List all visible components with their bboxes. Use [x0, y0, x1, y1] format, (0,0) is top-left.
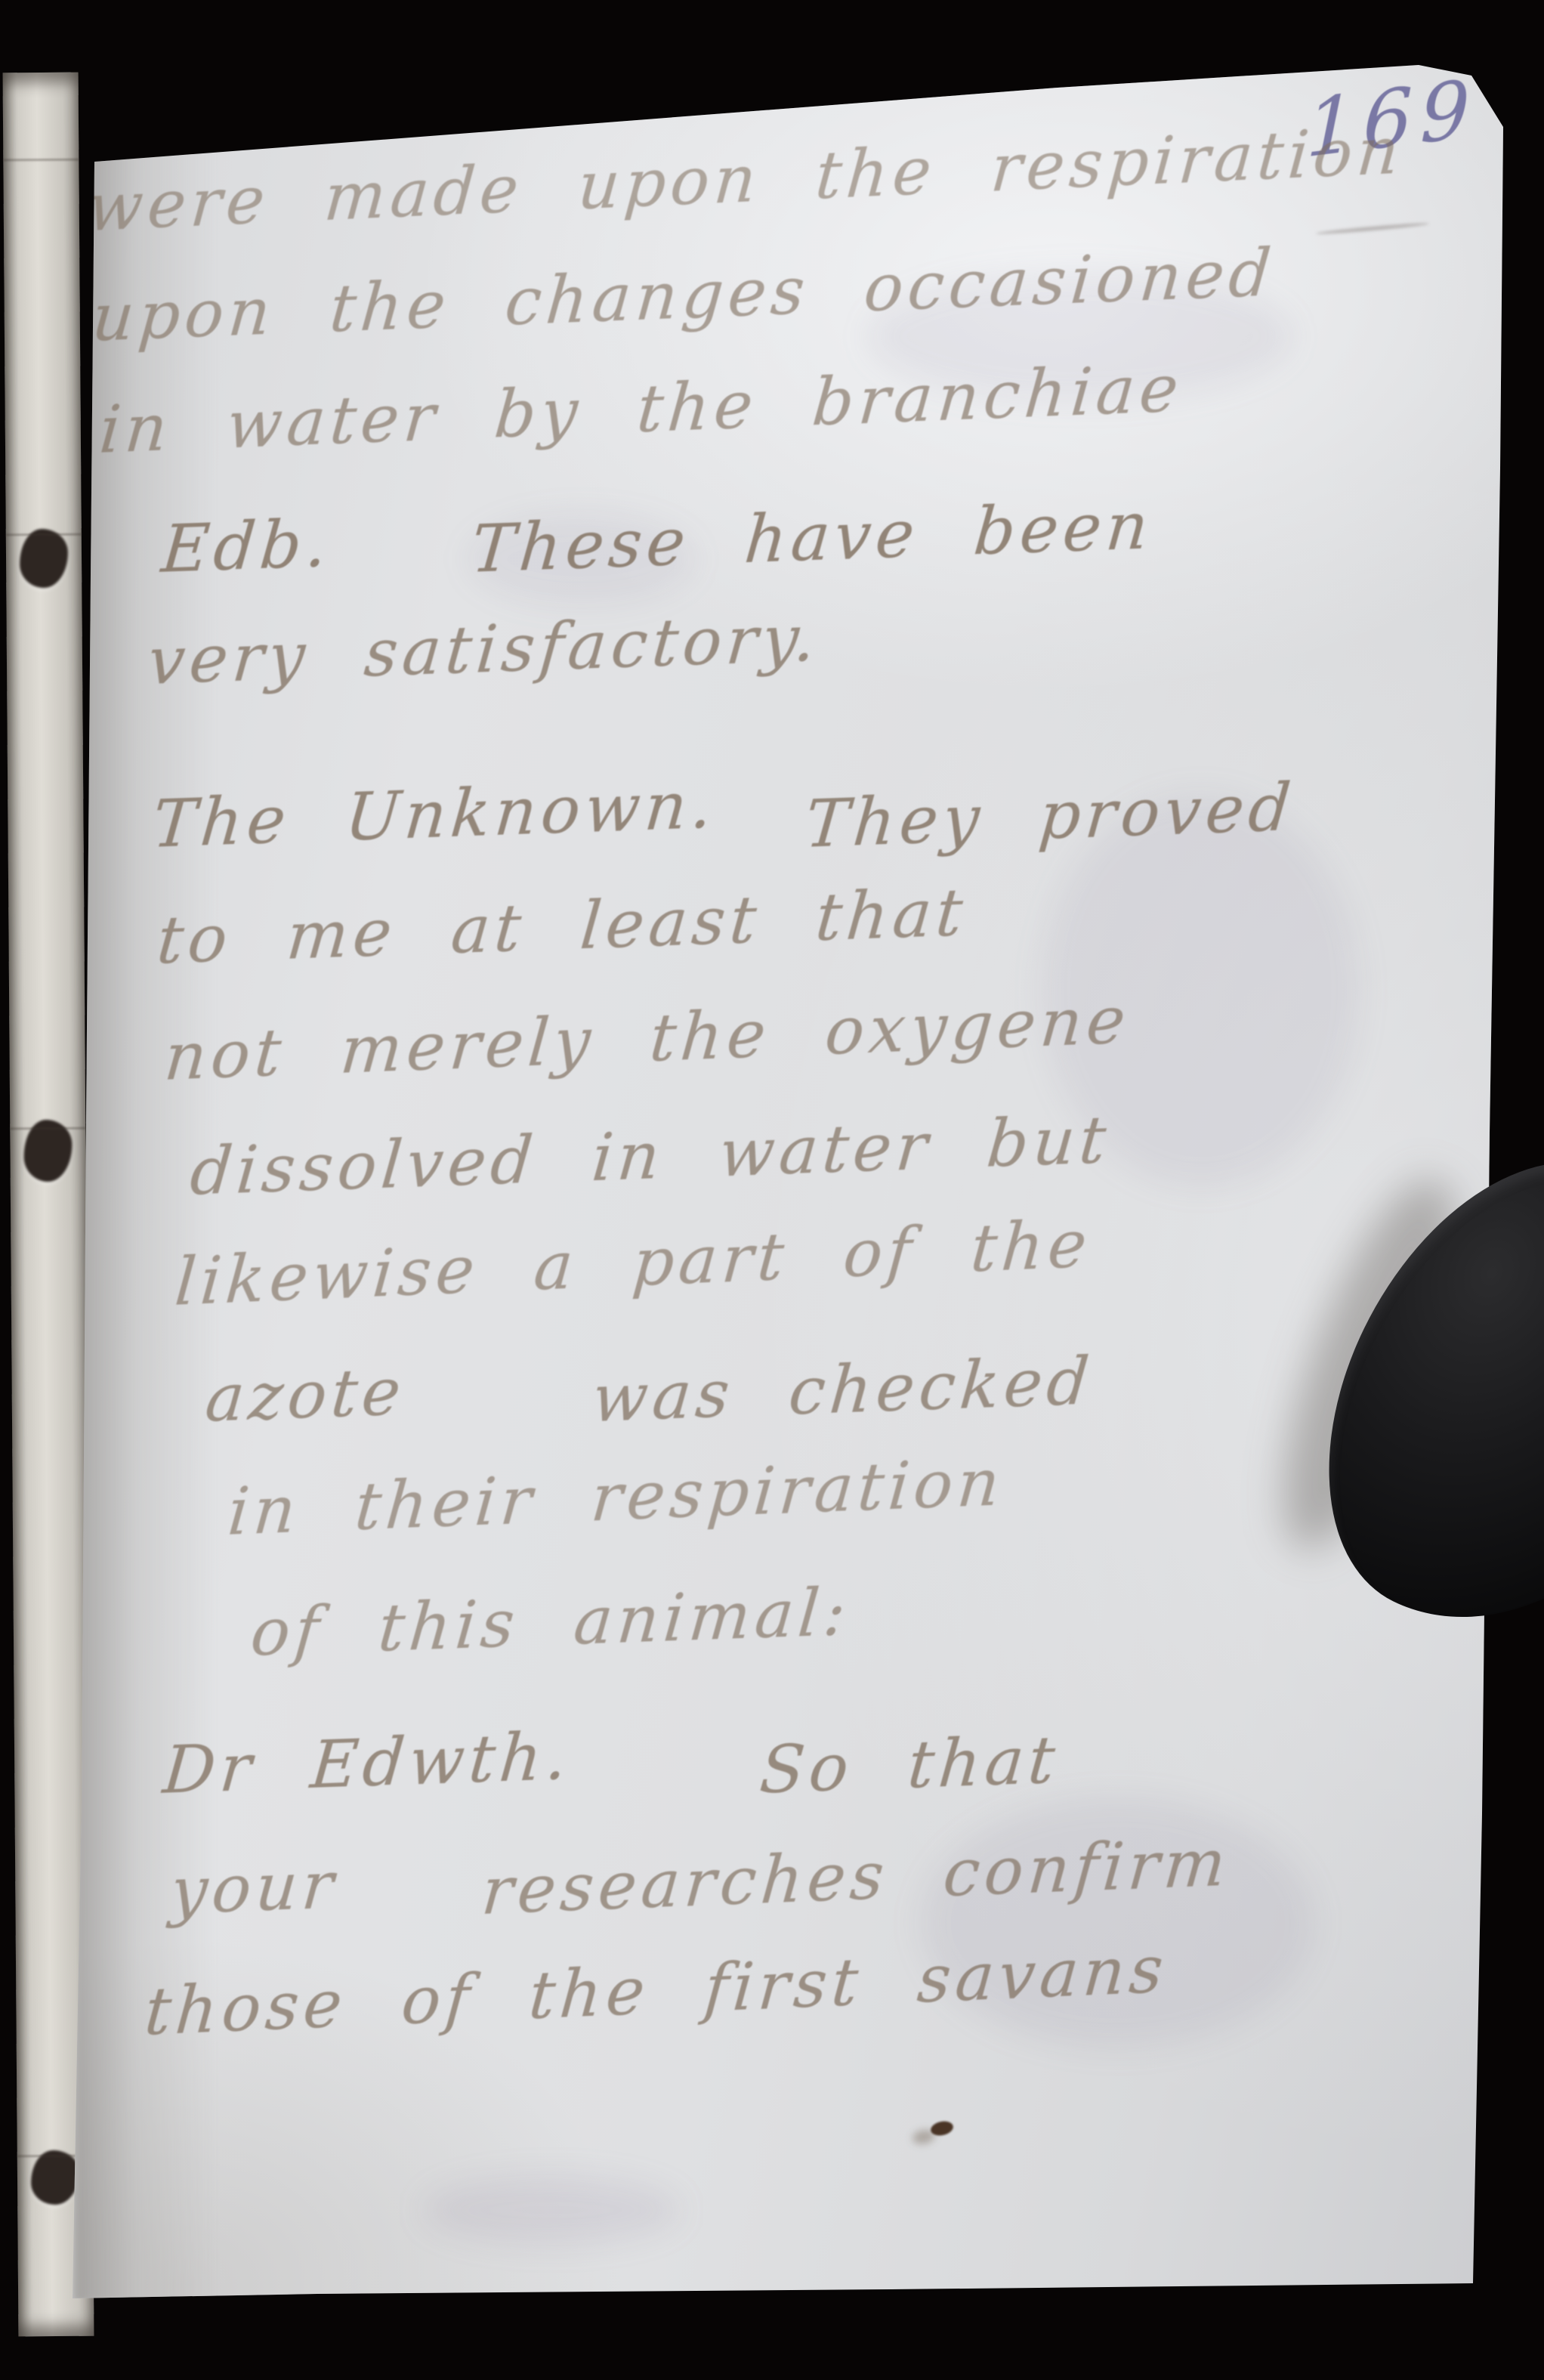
stitch-hole [20, 529, 69, 588]
handwriting-line: in water by the branchiae [97, 351, 1186, 468]
photograph-of-manuscript: 169 were made upon the respirationupon t… [0, 0, 1544, 2380]
spine-crease [3, 159, 79, 162]
handwriting-line: of this animal: [248, 1575, 854, 1671]
spine-crease [6, 533, 82, 536]
handwriting-line: These have been [468, 488, 1156, 588]
showthrough-smudge [423, 2176, 680, 2244]
handwriting-line: your [168, 1847, 341, 1930]
handwriting-line: not merely the oxygene [162, 983, 1133, 1096]
handwriting-line: The Unknown. [150, 768, 720, 863]
handwriting-line: likewise a part of the [172, 1207, 1094, 1321]
ink-blot [929, 2119, 954, 2137]
handwriting-line: in their respiration [225, 1445, 1007, 1550]
handwriting-line: were made upon the respiration [85, 113, 1407, 246]
handwriting-line: to me at least that [154, 875, 970, 979]
stitch-hole [31, 2150, 80, 2205]
handwriting-line: very satisfactory. [145, 601, 823, 700]
handwriting-line: Edb. [159, 506, 335, 588]
pencil-mark [1316, 221, 1429, 235]
handwriting-line: azote [202, 1354, 408, 1437]
handwriting-line: was checked [589, 1343, 1096, 1437]
manuscript-page: 169 were made upon the respirationupon t… [0, 0, 1544, 2380]
spine-crease [10, 1127, 85, 1130]
handwriting-line: Dr Edwth. [160, 1719, 575, 1809]
handwriting-line: dissolved in water but [187, 1102, 1113, 1210]
handwriting-line: those of the first savans [142, 1932, 1170, 2051]
handwriting-line: So that [757, 1723, 1062, 1809]
